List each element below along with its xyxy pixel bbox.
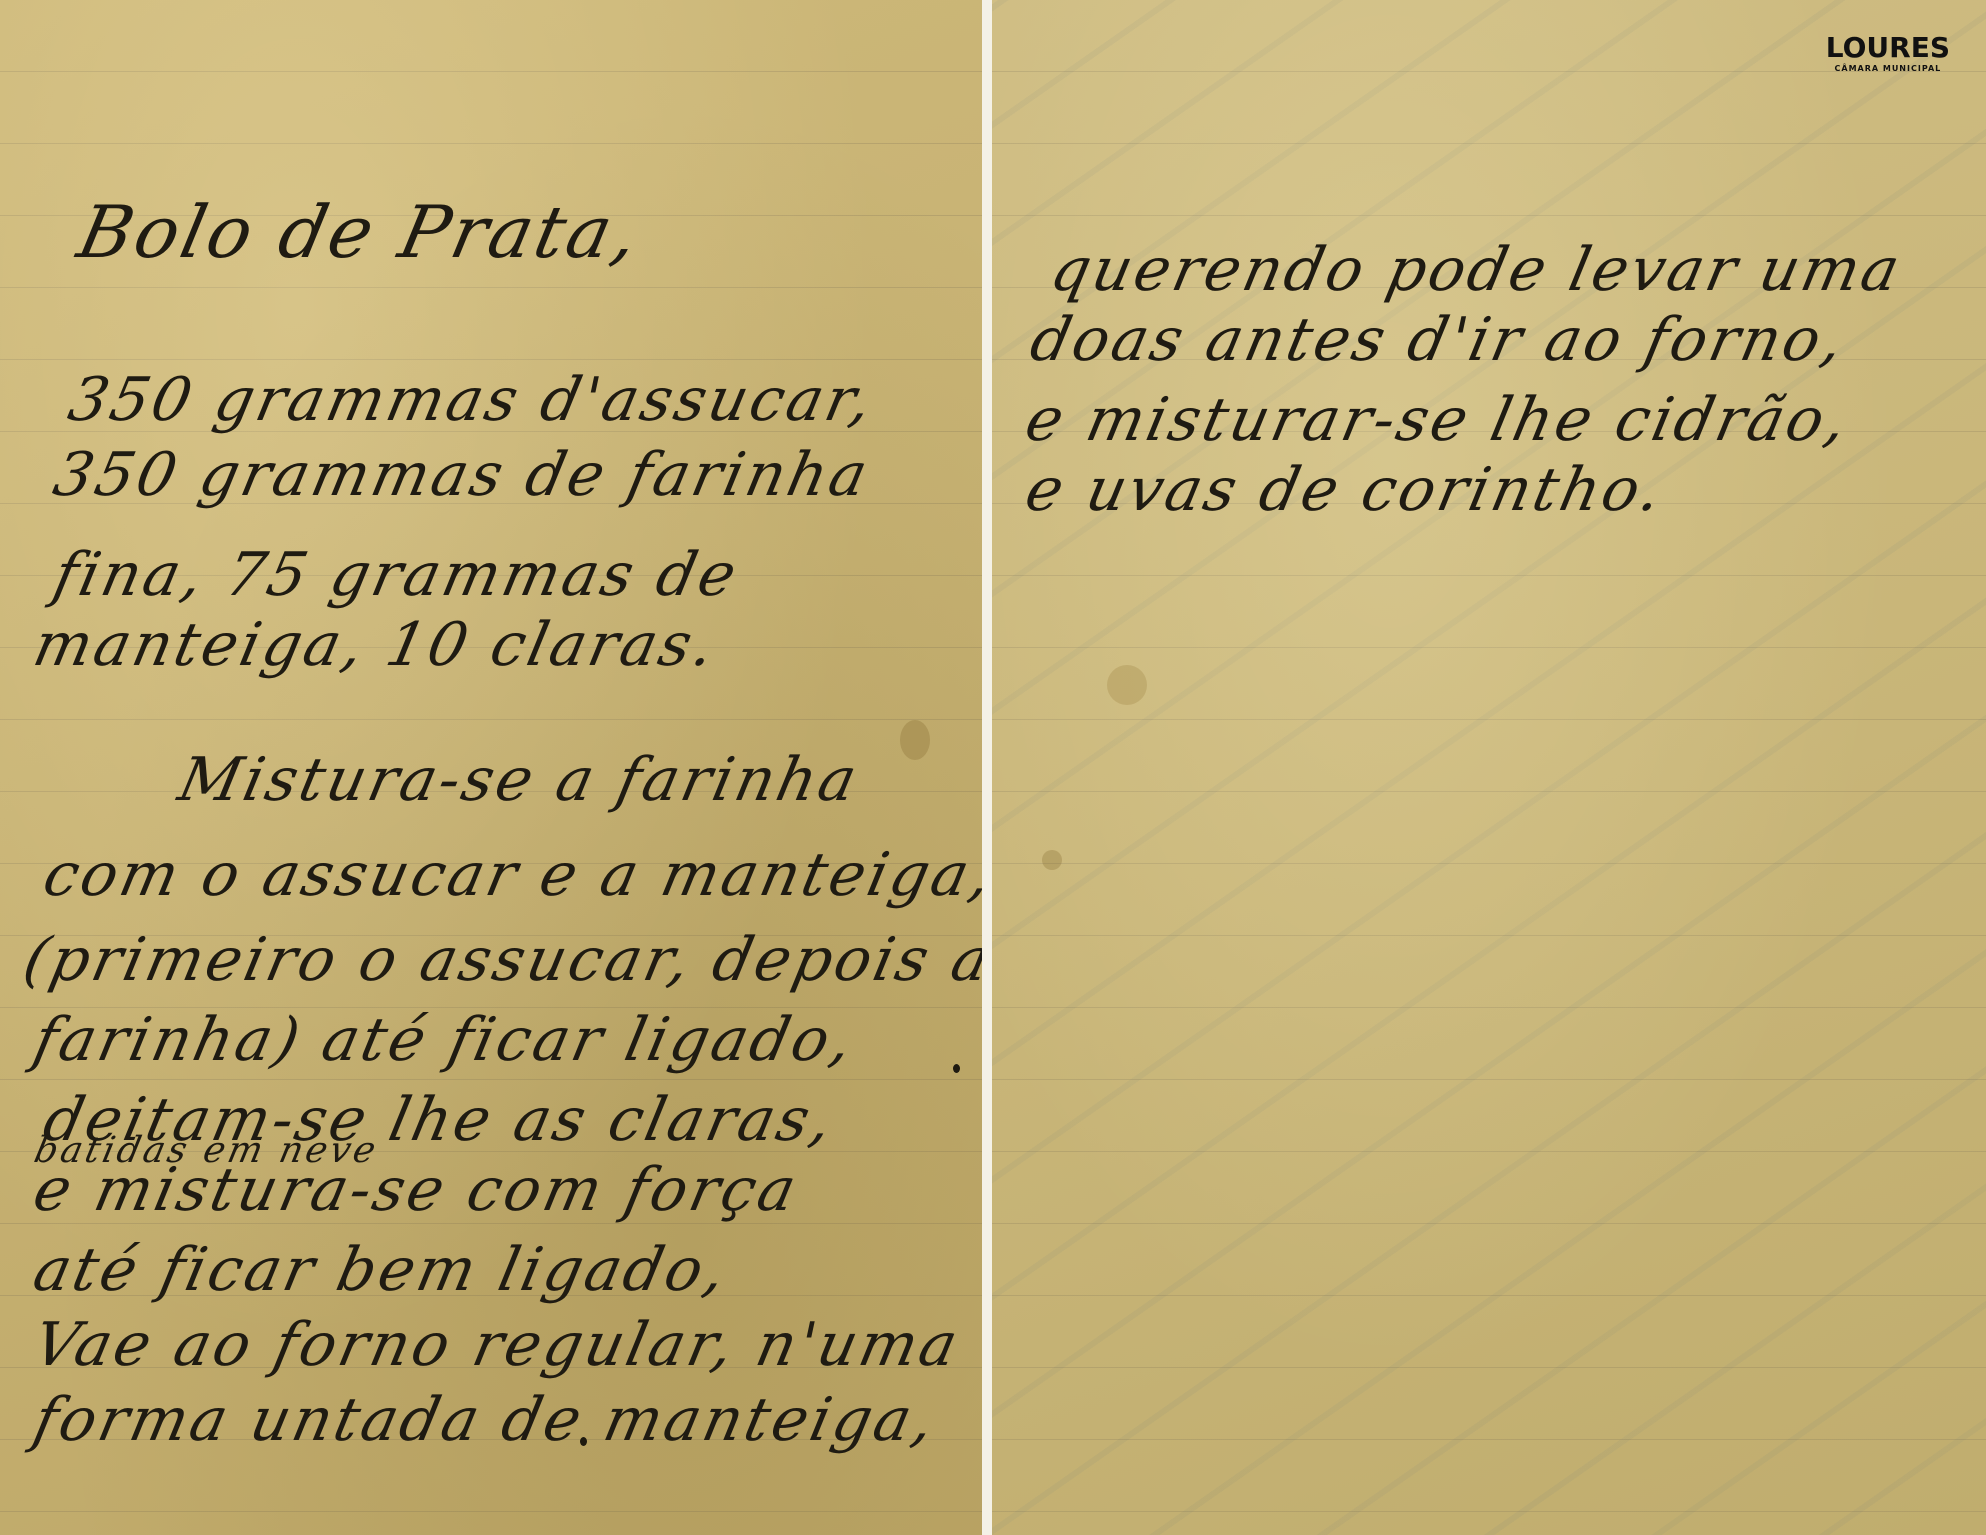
- ink-dot: [953, 1064, 960, 1073]
- page-gutter: [982, 0, 992, 1535]
- logo-subtitle: CÂMARA MUNICIPAL: [1826, 64, 1950, 73]
- paper-stain: [900, 720, 930, 760]
- instruction-line: Vae ao forno regular, n'uma: [28, 1310, 967, 1380]
- instruction-line: farinha) até ficar ligado,: [28, 1005, 861, 1075]
- manuscript-page-right: querendo pode levar uma doas antes d'ir …: [992, 0, 1986, 1535]
- instruction-line: até ficar bem ligado,: [28, 1235, 735, 1305]
- manuscript-page-left: Bolo de Prata, 350 grammas d'assucar, 35…: [0, 0, 982, 1535]
- recipe-title: Bolo de Prata,: [71, 190, 648, 274]
- instruction-line: querendo pode levar uma: [1045, 235, 1909, 305]
- instruction-line: doas antes d'ir ao forno,: [1025, 305, 1853, 375]
- instruction-line: com o assucar e a manteiga,: [38, 840, 1001, 910]
- instruction-line: Mistura-se a farinha: [173, 745, 866, 815]
- ink-dot: [580, 1437, 587, 1446]
- instruction-line: e uvas de corintho.: [1020, 455, 1671, 525]
- ingredient-line: 350 grammas de farinha: [48, 440, 877, 510]
- logo-wordmark: LOURES: [1826, 34, 1950, 62]
- instruction-line: e mistura-se com força: [28, 1155, 805, 1225]
- instruction-line: forma untada de manteiga,: [28, 1385, 943, 1455]
- paper-stain: [1042, 850, 1062, 870]
- instruction-line: (primeiro o assucar, depois a: [18, 925, 999, 995]
- ingredient-line: manteiga, 10 claras.: [28, 610, 724, 680]
- paper-stain: [1107, 665, 1147, 705]
- ingredient-line: 350 grammas d'assucar,: [63, 365, 881, 435]
- loures-logo: LOURES CÂMARA MUNICIPAL: [1826, 34, 1950, 73]
- ingredient-line: fina, 75 grammas de: [48, 540, 745, 610]
- instruction-line: e misturar-se lhe cidrão,: [1020, 385, 1856, 455]
